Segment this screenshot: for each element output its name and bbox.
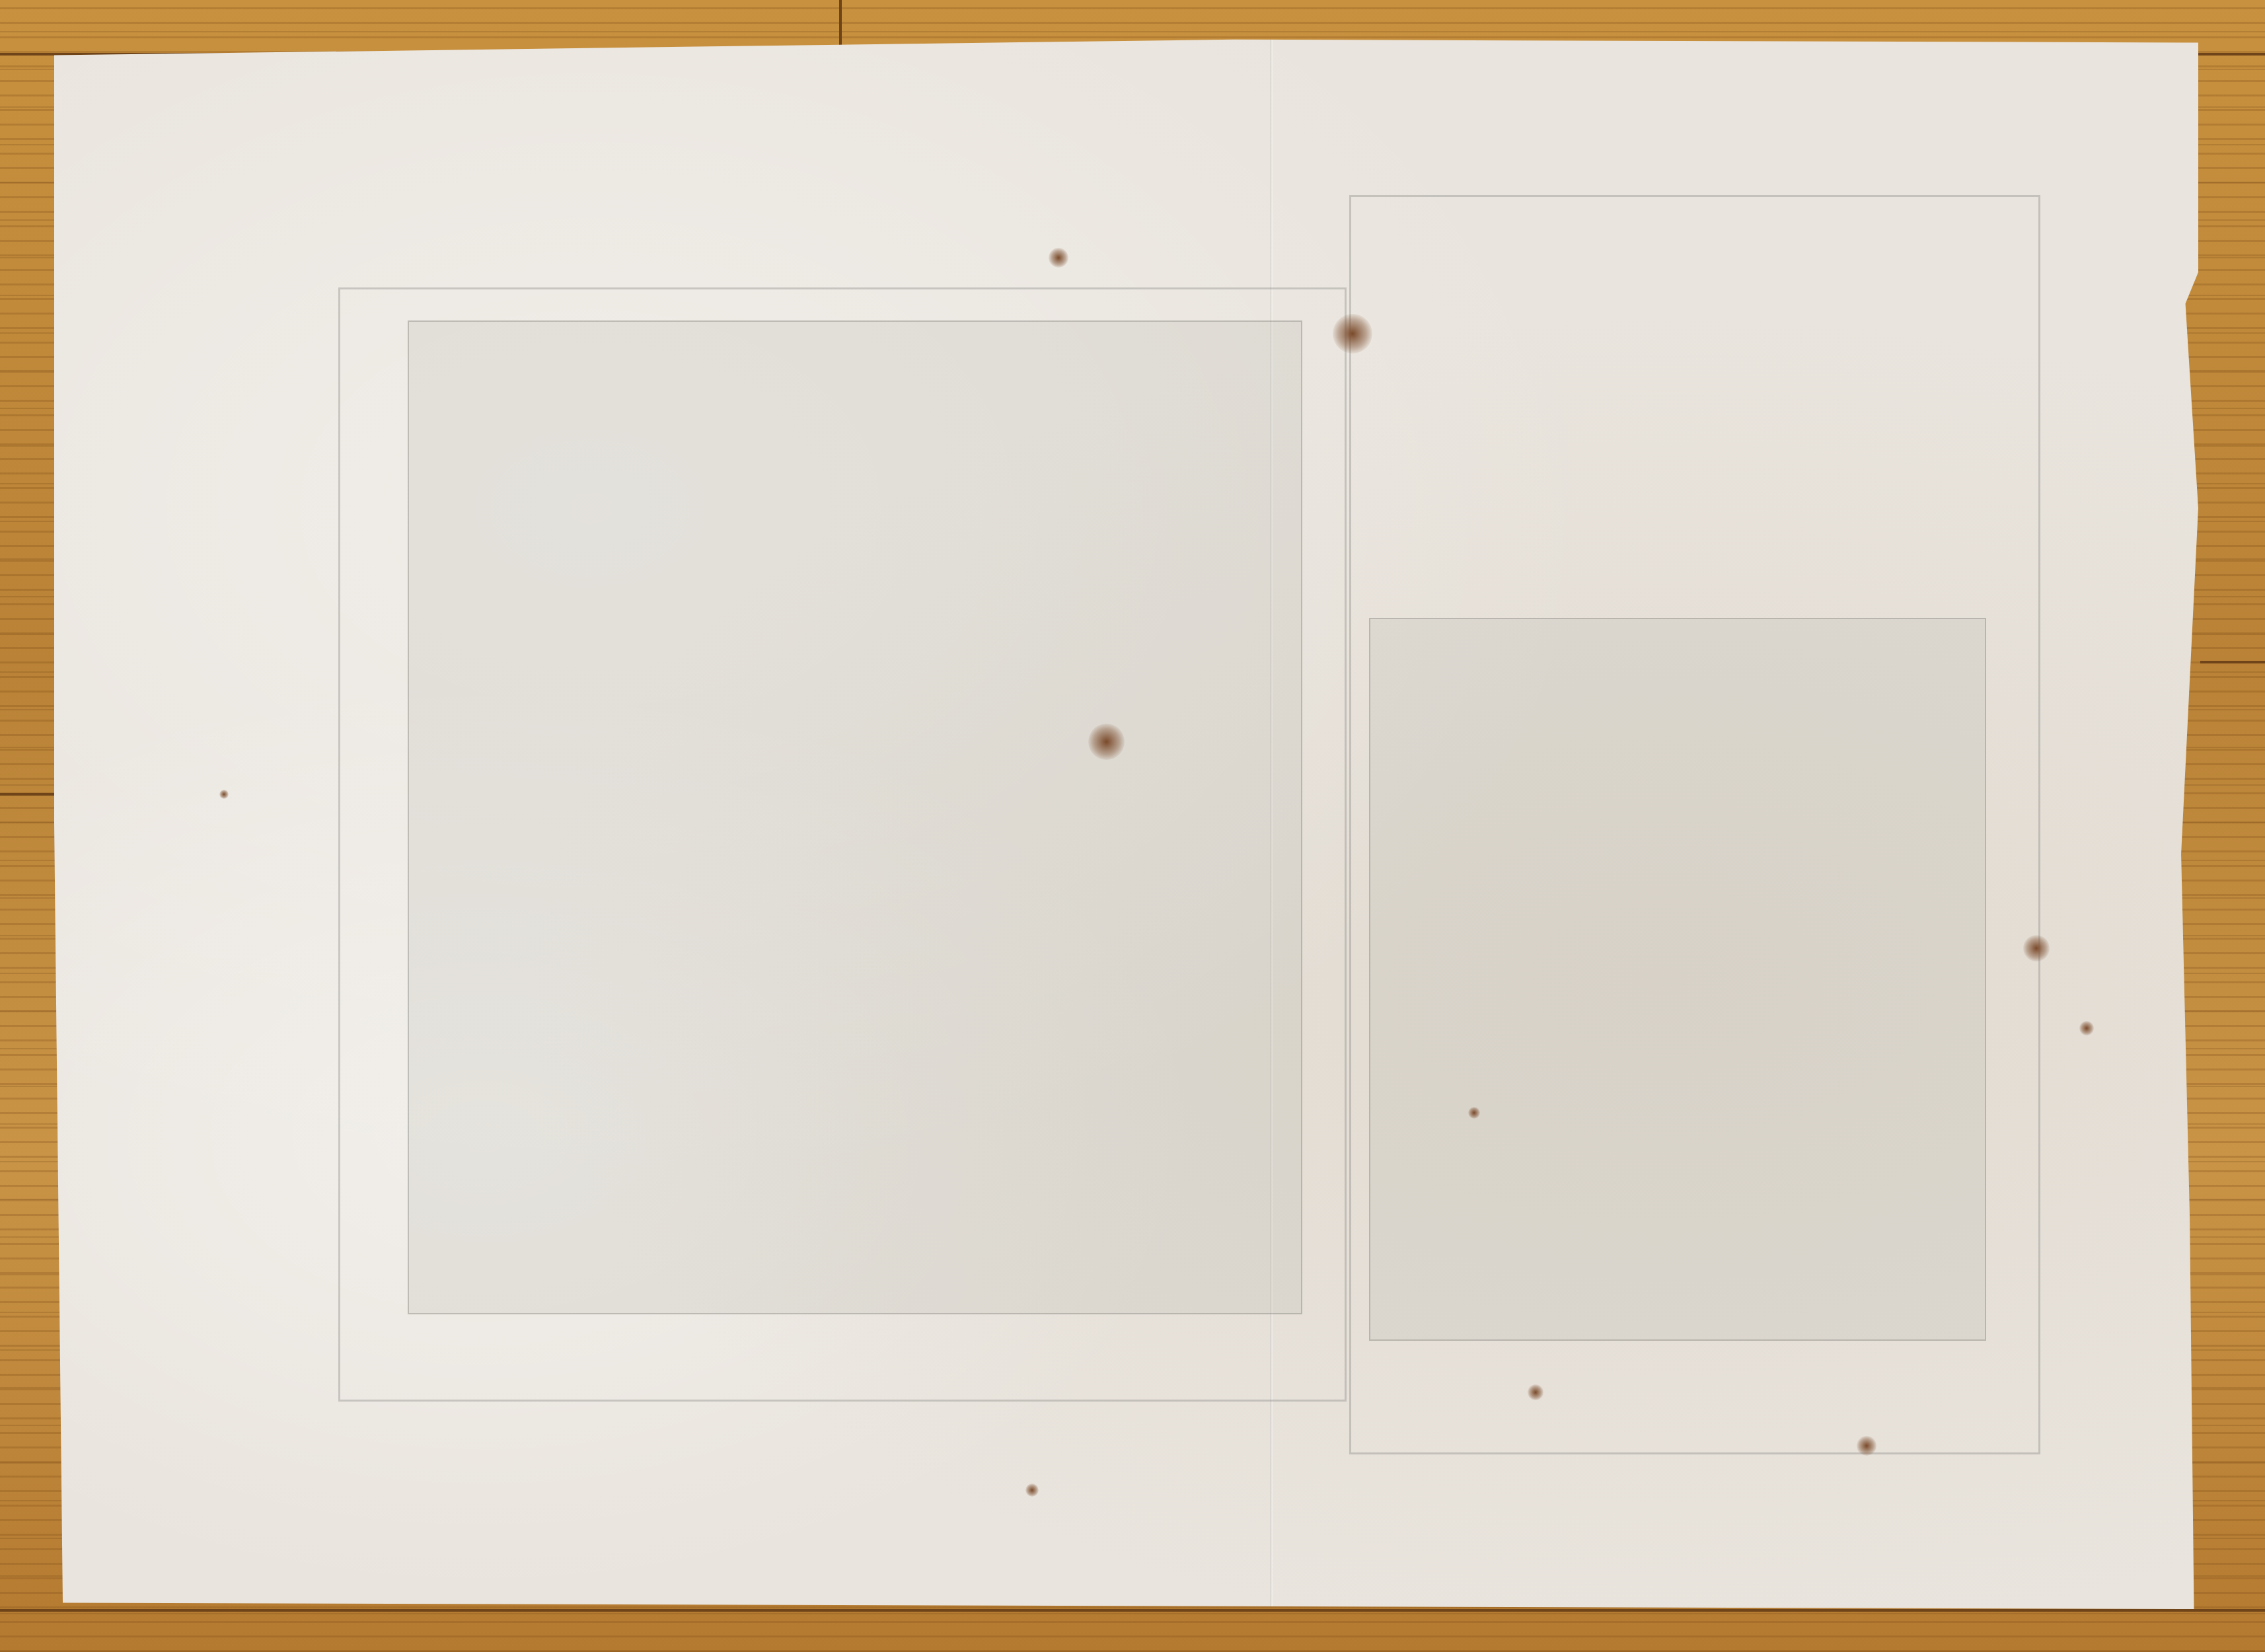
- foxing-spot: [1088, 724, 1125, 760]
- foxing-spot: [2023, 935, 2050, 961]
- foxing-spot: [1049, 248, 1068, 268]
- foxing-spot: [1857, 1436, 1876, 1456]
- foxing-spot: [1025, 1483, 1039, 1497]
- foxing-spot: [1333, 314, 1372, 354]
- print-sheet: ​: [54, 36, 2198, 1609]
- foxing-spot: [1528, 1384, 1543, 1400]
- floorboard-seam: [0, 1609, 2265, 1612]
- foxing-spot: [219, 790, 229, 799]
- floorboard-seam: [0, 793, 54, 796]
- floorboard-seam: [2200, 661, 2265, 663]
- foxing-spot: [1468, 1107, 1480, 1119]
- left-plate-image: [408, 320, 1302, 1314]
- foxing-spot: [2079, 1021, 2094, 1035]
- right-plate-image: [1369, 618, 1986, 1341]
